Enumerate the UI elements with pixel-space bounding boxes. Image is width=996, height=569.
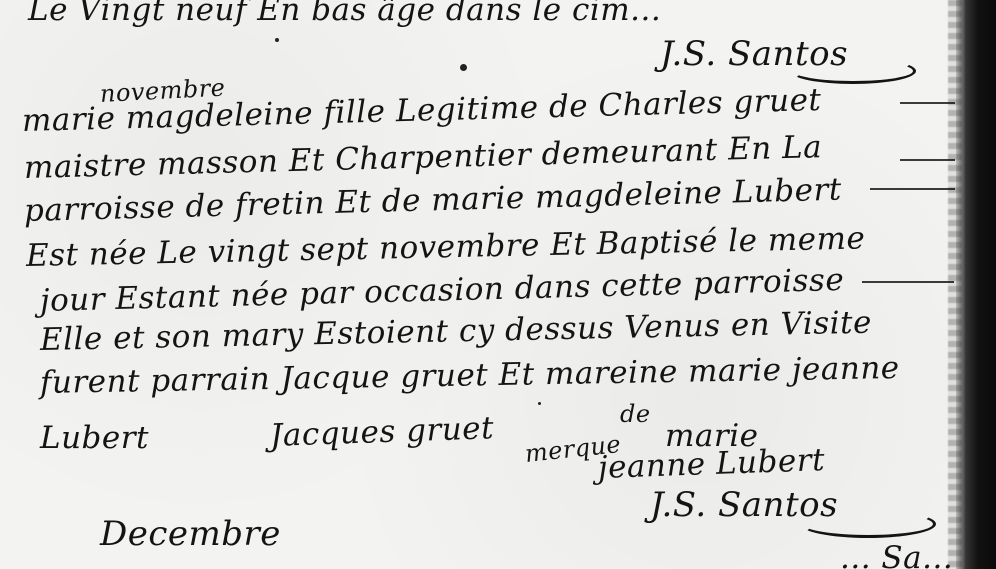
entry-line-8: Lubert <box>40 420 149 456</box>
previous-entry-text: Le Vingt neuf En bas âge dans le cim... <box>28 0 661 28</box>
signature-flourish <box>790 58 916 84</box>
signature-flourish <box>800 510 936 538</box>
ink-speck <box>460 64 467 71</box>
line-filler-rule <box>862 281 954 283</box>
line-filler-rule <box>900 102 955 104</box>
next-entry-partial-text: ... Sa... <box>840 540 953 569</box>
book-binding <box>956 0 996 569</box>
register-page: Le Vingt neuf En bas âge dans le cim... … <box>0 0 996 569</box>
godfather-signature: Jacques gruet <box>269 410 494 454</box>
entry-line-7: furent parrain Jacque gruet Et mareine m… <box>40 350 900 401</box>
line-filler-rule <box>900 159 955 161</box>
godmother-mark-prefix: de <box>620 400 651 428</box>
ink-speck <box>275 38 279 42</box>
line-filler-rule <box>870 188 955 190</box>
godmother-surname: jeanne Lubert <box>597 442 825 486</box>
margin-month-december: Decembre <box>100 514 281 554</box>
ink-speck <box>538 402 541 405</box>
